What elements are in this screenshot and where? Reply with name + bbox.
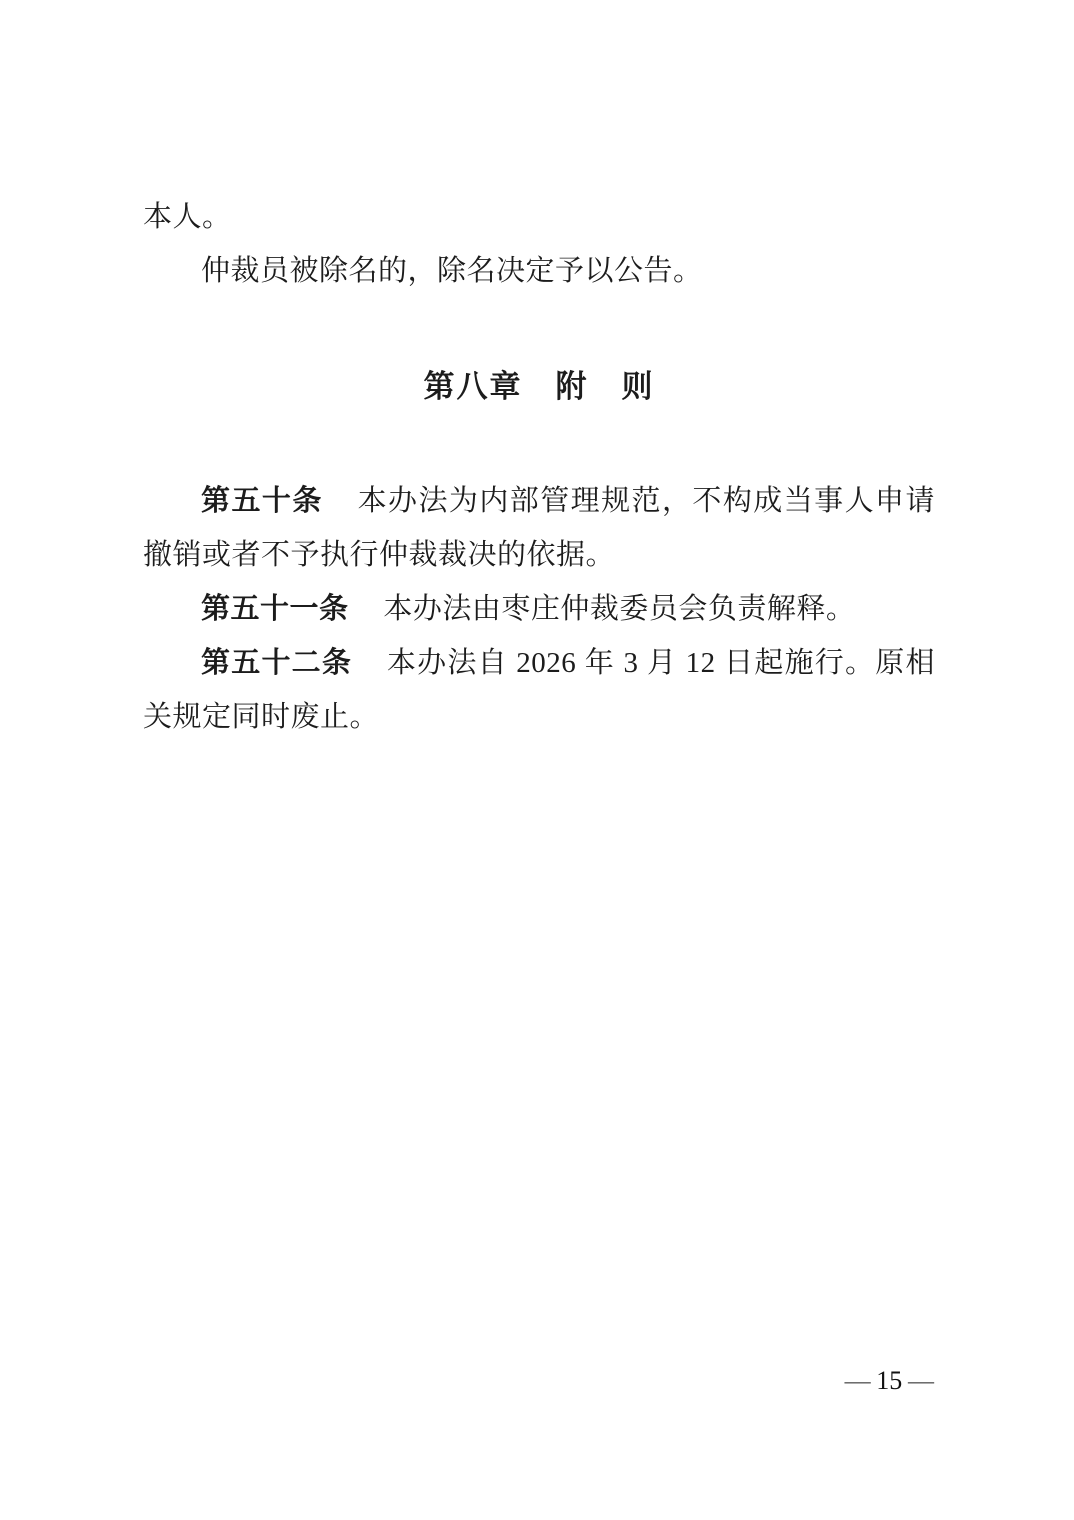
page-number-value: 15 <box>876 1366 902 1395</box>
article-51-paragraph: 第五十一条本办法由枣庄仲裁委员会负责解释。 <box>143 582 935 636</box>
page-content: 本人。 仲裁员被除名的，除名决定予以公告。 第八章 附 则 第五十条本办法为内部… <box>143 0 935 744</box>
paragraph-announcement: 仲裁员被除名的，除名决定予以公告。 <box>143 244 935 298</box>
article-52-paragraph: 第五十二条本办法自 2026 年 3 月 12 日起施行。原相关规定同时废止。 <box>143 636 935 744</box>
article-51-number: 第五十一条 <box>201 593 349 625</box>
article-50-number: 第五十条 <box>201 485 323 517</box>
document-page: 本人。 仲裁员被除名的，除名决定予以公告。 第八章 附 则 第五十条本办法为内部… <box>0 0 1074 1520</box>
page-number-right-dash: — <box>908 1366 934 1395</box>
paragraph-continuation: 本人。 <box>143 0 935 244</box>
article-51-text: 本办法由枣庄仲裁委员会负责解释。 <box>383 593 855 625</box>
page-number-left-dash: — <box>845 1366 871 1395</box>
article-50-paragraph: 第五十条本办法为内部管理规范，不构成当事人申请撤销或者不予执行仲裁裁决的依据。 <box>143 474 935 582</box>
page-number: —15— <box>845 1366 934 1396</box>
articles-section: 第五十条本办法为内部管理规范，不构成当事人申请撤销或者不予执行仲裁裁决的依据。 … <box>143 474 935 744</box>
article-52-number: 第五十二条 <box>201 647 352 679</box>
chapter-heading: 第八章 附 则 <box>143 360 935 414</box>
